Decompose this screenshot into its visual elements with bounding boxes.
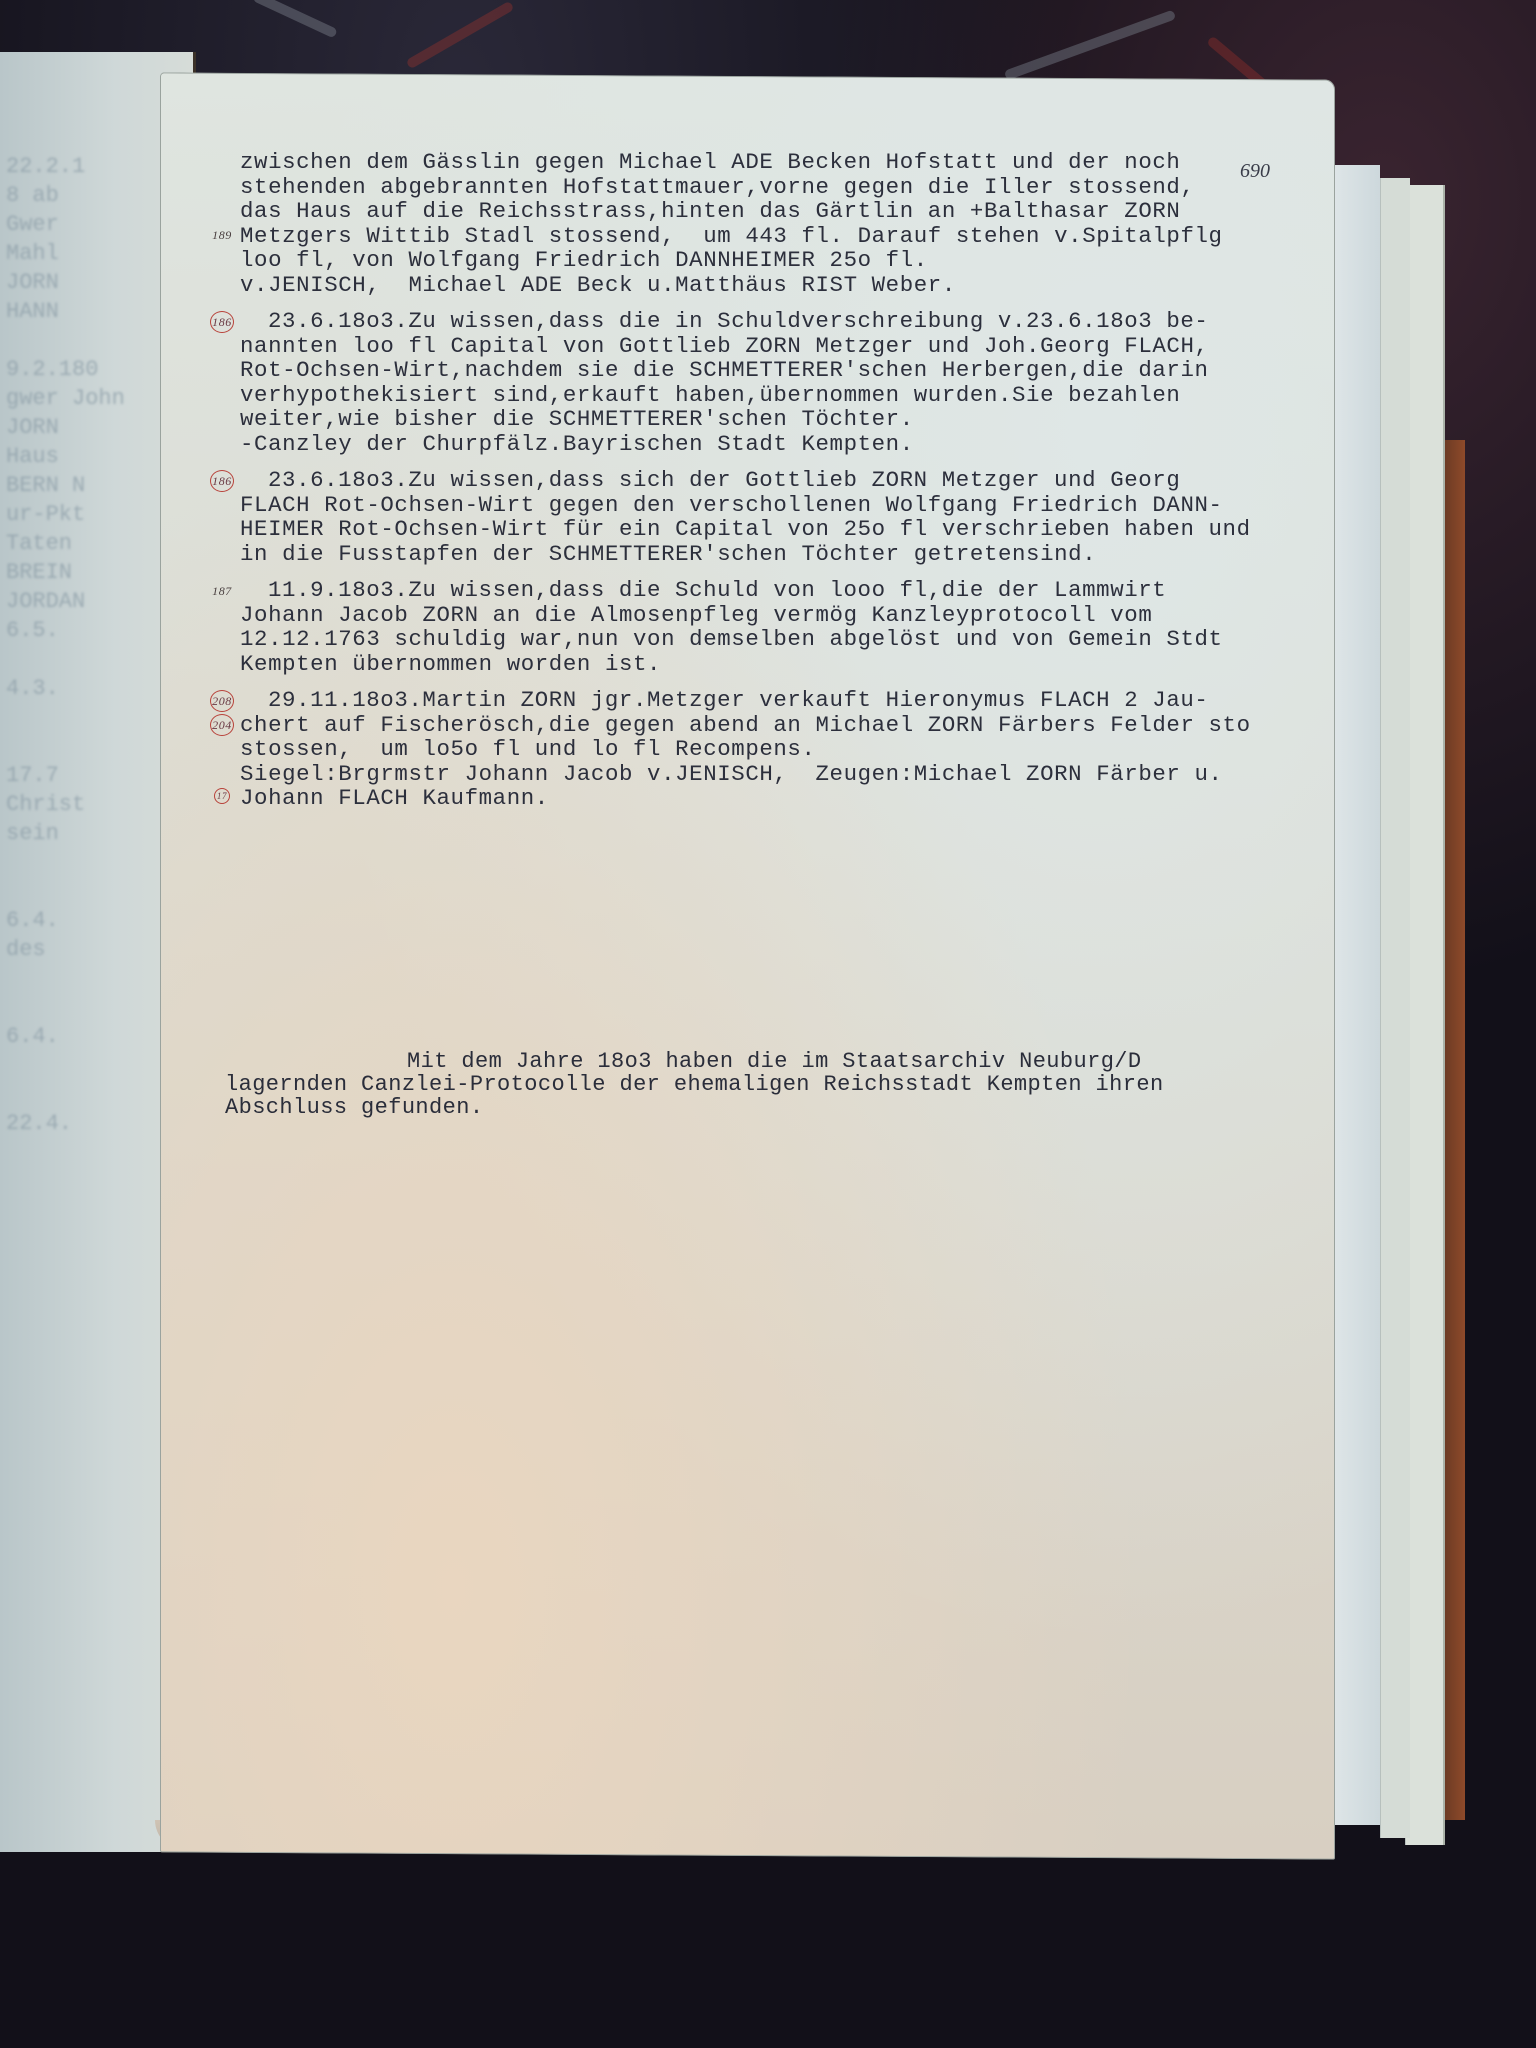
text-line: lagernden Canzlei-Protocolle der ehemali… <box>225 1073 1305 1096</box>
text-line: chert auf Fischerösch,die gegen abend an… <box>240 713 1320 738</box>
text-line: zwischen dem Gässlin gegen Michael ADE B… <box>240 150 1320 175</box>
text-line: stossen, um lo5o fl und lo fl Recompens. <box>240 737 1320 762</box>
book-cover-edge <box>1445 440 1465 1820</box>
text-line: FLACH Rot-Ochsen-Wirt gegen den verschol… <box>240 493 1320 518</box>
text-line: HEIMER Rot-Ochsen-Wirt für ein Capital v… <box>240 517 1320 542</box>
text-line: weiter,wie bisher die SCHMETTERER'schen … <box>240 407 1320 432</box>
entry-208: 208 204 17 29.11.18o3.Martin ZORN jgr.Me… <box>240 688 1320 811</box>
margin-number-circled: 204 <box>210 714 234 736</box>
text-line: Johann Jacob ZORN an die Almosenpfleg ve… <box>240 603 1320 628</box>
text-line: loo fl, von Wolfgang Friedrich DANNHEIME… <box>240 248 1320 273</box>
margin-number: 189 <box>210 224 234 246</box>
text-line: Rot-Ochsen-Wirt,nachdem sie die SCHMETTE… <box>240 358 1320 383</box>
entry-186b: 186 23.6.18o3.Zu wissen,dass sich der Go… <box>240 468 1320 566</box>
page-stack <box>1405 185 1445 1845</box>
entry-first-line: 23.6.18o3.Zu wissen,dass sich der Gottli… <box>240 468 1320 493</box>
entry-first-line: 11.9.18o3.Zu wissen,dass die Schuld von … <box>240 578 1320 603</box>
page-stack <box>1380 178 1410 1838</box>
margin-number-circled: 208 <box>210 690 234 712</box>
closing-note: Mit dem Jahre 18o3 haben die im Staatsar… <box>225 1050 1305 1119</box>
page-stack <box>1330 165 1380 1825</box>
document-body: 189 zwischen dem Gässlin gegen Michael A… <box>240 150 1320 811</box>
entry-continuation: 189 zwischen dem Gässlin gegen Michael A… <box>240 150 1320 297</box>
text-line: Abschluss gefunden. <box>225 1096 1305 1119</box>
margin-number-circled: 17 <box>214 788 230 804</box>
entry-187: 187 11.9.18o3.Zu wissen,dass die Schuld … <box>240 578 1320 676</box>
text-line: in die Fusstapfen der SCHMETTERER'schen … <box>240 542 1320 567</box>
text-line: stehenden abgebrannten Hofstattmauer,vor… <box>240 175 1320 200</box>
entry-first-line: 23.6.18o3.Zu wissen,dass die in Schuldve… <box>240 309 1320 334</box>
text-line: verhypothekisiert sind,erkauft haben,übe… <box>240 383 1320 408</box>
text-line: v.JENISCH, Michael ADE Beck u.Matthäus R… <box>240 273 1320 298</box>
entry-first-line: 29.11.18o3.Martin ZORN jgr.Metzger verka… <box>240 688 1320 713</box>
entry-186a: 186 23.6.18o3.Zu wissen,dass die in Schu… <box>240 309 1320 456</box>
text-line: Kempten übernommen worden ist. <box>240 652 1320 677</box>
text-line: nannten loo fl Capital von Gottlieb ZORN… <box>240 334 1320 359</box>
text-line: -Canzley der Churpfälz.Bayrischen Stadt … <box>240 432 1320 457</box>
margin-number-circled: 186 <box>210 311 234 333</box>
margin-number: 187 <box>210 580 234 602</box>
text-line: das Haus auf die Reichsstrass,hinten das… <box>240 199 1320 224</box>
text-line: Siegel:Brgrmstr Johann Jacob v.JENISCH, … <box>240 762 1320 787</box>
text-line: 12.12.1763 schuldig war,nun von demselbe… <box>240 627 1320 652</box>
text-line: Johann FLACH Kaufmann. <box>240 786 1320 811</box>
text-line: Mit dem Jahre 18o3 haben die im Staatsar… <box>225 1050 1305 1073</box>
text-line: Metzgers Wittib Stadl stossend, um 443 f… <box>240 224 1320 249</box>
margin-number-circled: 186 <box>210 470 234 492</box>
